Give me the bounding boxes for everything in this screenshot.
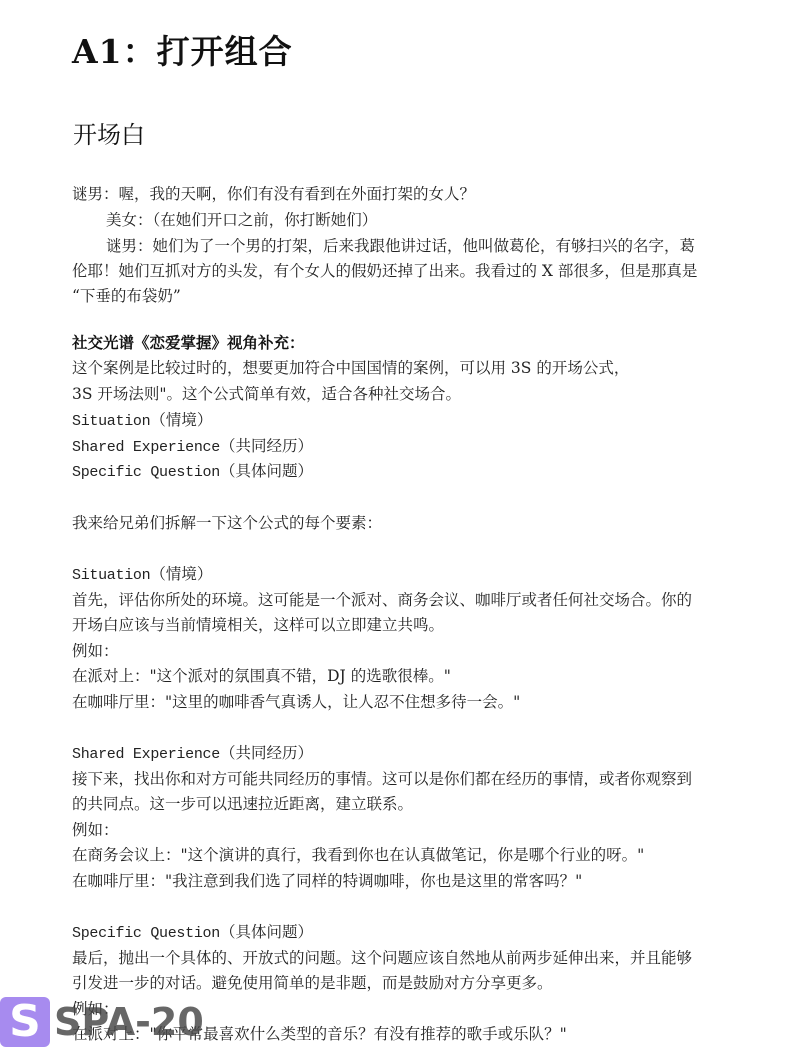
document-title: A1：打开组合 (72, 26, 293, 73)
section-body-line: 首先，评估你所处的环境。这可能是一个派对、商务会议、咖啡厅或者任何社交场合。你的 (72, 590, 692, 610)
supplement-heading: 社交光谱《恋爱掌握》视角补充： (72, 333, 305, 353)
section-heading-specific-question: Specific Question（具体问题） (72, 922, 313, 944)
section-title-opener: 开场白 (73, 115, 145, 150)
example-line: 在派对上："这个派对的氛围真不错，DJ 的选歌很棒。" (72, 666, 451, 686)
dialogue-line: “下垂的布袋奶” (72, 286, 181, 306)
watermark-text: SPA-20 (54, 1003, 204, 1041)
formula-item-en: Situation (72, 413, 150, 430)
formula-item: Situation（情境） (72, 410, 212, 432)
dialogue-line: 谜男：喔，我的天啊，你们有没有看到在外面打架的女人？ (72, 184, 475, 204)
section-heading-shared-experience: Shared Experience（共同经历） (72, 743, 313, 765)
section-heading-en: Specific Question (72, 925, 220, 942)
supplement-line: 这个案例是比较过时的，想要更加符合中国国情的案例，可以用 3S 的开场公式， (72, 358, 629, 378)
formula-item-cn: （共同经历） (220, 437, 313, 455)
section-body-line: 的共同点。这一步可以迅速拉近距离，建立联系。 (72, 794, 413, 814)
example-line: 在咖啡厅里："我注意到我们选了同样的特调咖啡，你也是这里的常客吗？" (72, 871, 582, 891)
section-body-line: 引发进一步的对话。避免使用简单的是非题，而是鼓励对方分享更多。 (72, 973, 553, 993)
formula-item-en: Shared Experience (72, 439, 220, 456)
example-label: 例如： (72, 820, 119, 840)
watermark-logo-icon: S (0, 997, 50, 1047)
section-heading-cn: （具体问题） (220, 923, 313, 941)
section-body-line: 最后，抛出一个具体的、开放式的问题。这个问题应该自然地从前两步延伸出来，并且能够 (72, 948, 692, 968)
dialogue-line: 谜男：她们为了一个男的打架，后来我跟他讲过话，他叫做葛伦，有够扫兴的名字，葛 (106, 236, 695, 256)
breakdown-intro: 我来给兄弟们拆解一下这个公式的每个要素： (72, 513, 382, 533)
formula-item: Specific Question（具体问题） (72, 461, 313, 483)
formula-item-cn: （具体问题） (220, 462, 313, 480)
section-heading-situation: Situation（情境） (72, 564, 212, 586)
section-heading-en: Shared Experience (72, 746, 220, 763)
document-page: A1：打开组合 开场白 谜男：喔，我的天啊，你们有没有看到在外面打架的女人？ 美… (0, 0, 800, 1047)
formula-item-cn: （情境） (150, 411, 212, 429)
example-line: 在商务会议上："这个演讲的真行，我看到你也在认真做笔记，你是哪个行业的呀。" (72, 845, 644, 865)
section-body-line: 开场白应该与当前情境相关，这样可以立即建立共鸣。 (72, 615, 444, 635)
dialogue-line: 美女：（在她们开口之前，你打断她们） (106, 210, 377, 230)
supplement-line: 3S 开场法则"。这个公式简单有效，适合各种社交场合。 (72, 384, 461, 404)
section-body-line: 接下来，找出你和对方可能共同经历的事情。这可以是你们都在经历的事情，或者你观察到 (72, 769, 692, 789)
formula-item: Shared Experience（共同经历） (72, 436, 313, 458)
watermark: S SPA-20 (0, 997, 204, 1047)
formula-item-en: Specific Question (72, 464, 220, 481)
dialogue-line: 伦耶！她们互抓对方的头发，有个女人的假奶还掉了出来。我看过的 X 部很多，但是那… (72, 261, 697, 281)
section-heading-en: Situation (72, 567, 150, 584)
section-heading-cn: （情境） (150, 565, 212, 583)
section-heading-cn: （共同经历） (220, 744, 313, 762)
example-line: 在咖啡厅里："这里的咖啡香气真诱人，让人忍不住想多待一会。" (72, 692, 520, 712)
example-label: 例如： (72, 641, 119, 661)
